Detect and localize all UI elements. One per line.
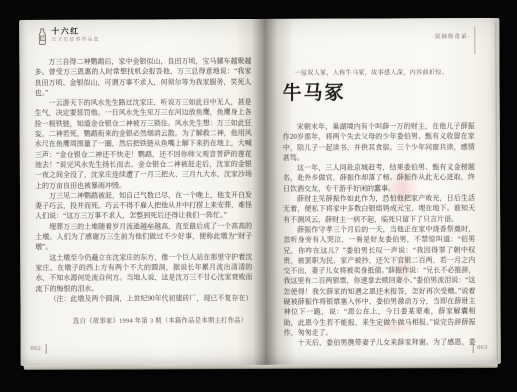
paragraph: 万三自得二神鹦鹉后，家中金银似山，良田万顷，宝马骡车越聚越多。曾受万三恩惠的人时…: [34, 56, 251, 98]
running-head: ·民间传奇录·: [432, 32, 470, 40]
left-header-titles: 十六红 汪文堂故事作品选: [51, 27, 99, 44]
paragraph: 薛财主见薛振作如此作为，恐怕他把家产败光，日后生活无着，便私下将家中多数白银熔铸…: [283, 193, 475, 225]
right-page-body: 宋朝末年，巢湖境内有个叫薛一万的财主，在他儿子薛振作20岁那年，将两个失去父母的…: [283, 121, 476, 349]
page-number-rule: [45, 344, 46, 354]
paragraph: 这土墩至今仍矗立在沈家庄的东方，像一个巨人站在那里守护着沈家庄。在墩子的西上方有…: [35, 252, 252, 294]
open-book: 十六红 汪文堂故事作品选 万三自得二神鹦鹉后，家中金银似山，良田万顷，宝马骡车越…: [19, 18, 501, 366]
page-number-text: 063: [477, 345, 488, 351]
page-number-rule: [472, 343, 473, 353]
paragraph: 这一年，三人同赴京城赶考，结果娄伯男、甄有义金榜题名，赴外乡做官，薛振作却落了榜…: [283, 162, 475, 194]
book-photo: 十六红 汪文堂故事作品选 万三自得二神鹦鹉后，家中金银似山，良田万顷，宝马骡车越…: [0, 0, 517, 392]
left-page-number: 062: [31, 344, 47, 354]
paragraph: 十天后，娄伯男携带妻子儿女来薛家拜谢。为了感恩，娄伯男于酒席间写下了婚书，把女儿…: [284, 337, 476, 349]
story-epigraph: 一屋双人冢，人称牛马冢，故事感人深，内容曲折惊。: [294, 67, 484, 77]
paragraph: 一云游天下的风水先生路过沈家庄，听说万三如此目中无人，甚是生气，决定要惩罚他。一…: [35, 97, 252, 191]
page-number-text: 062: [31, 346, 42, 352]
source-attribution: 选自《故事家》1994 年第 3 期（本篇作品是本期主打作品）: [36, 316, 253, 327]
running-head-rule: [474, 27, 475, 54]
footnote: （注：此墩及两个圆洞，上世纪90年代初建砖厂，现已不复存在）: [35, 293, 252, 304]
right-page-number: 063: [472, 343, 488, 353]
wine-bottle-icon: [36, 28, 48, 45]
paragraph: 宋朝末年，巢湖境内有个叫薛一万的财主，在他儿子薛振作20岁那年，将两个失去父母的…: [283, 121, 475, 163]
left-page-header: 十六红 汪文堂故事作品选: [36, 27, 99, 45]
story-title: 牛马冢: [283, 78, 346, 105]
left-page-body: 万三自得二神鹦鹉后，家中金银似山，良田万顷，宝马骡车越聚越多。曾受万三恩惠的人时…: [34, 56, 252, 327]
paragraph: 埋葬万三的土堆随着岁月流逝越垒越高，直至最后成了一个高高的土墩。人们为了感谢万三…: [35, 221, 252, 253]
series-subtitle: 汪文堂故事作品选: [51, 37, 99, 44]
paragraph: 薛振作守孝三个月后的一天，当他正在家中烧香祭奠时，忽听身旁有人哭泣，一看是好友娄…: [283, 224, 475, 338]
series-title: 十六红: [51, 27, 99, 36]
page-stack-bottom-edge: [24, 364, 498, 370]
paragraph: 万三见二神鹦鹉被赶，知自己气数已尽，在一个晚上，他支开白发妻子巧云，投井而死。巧…: [35, 190, 252, 222]
